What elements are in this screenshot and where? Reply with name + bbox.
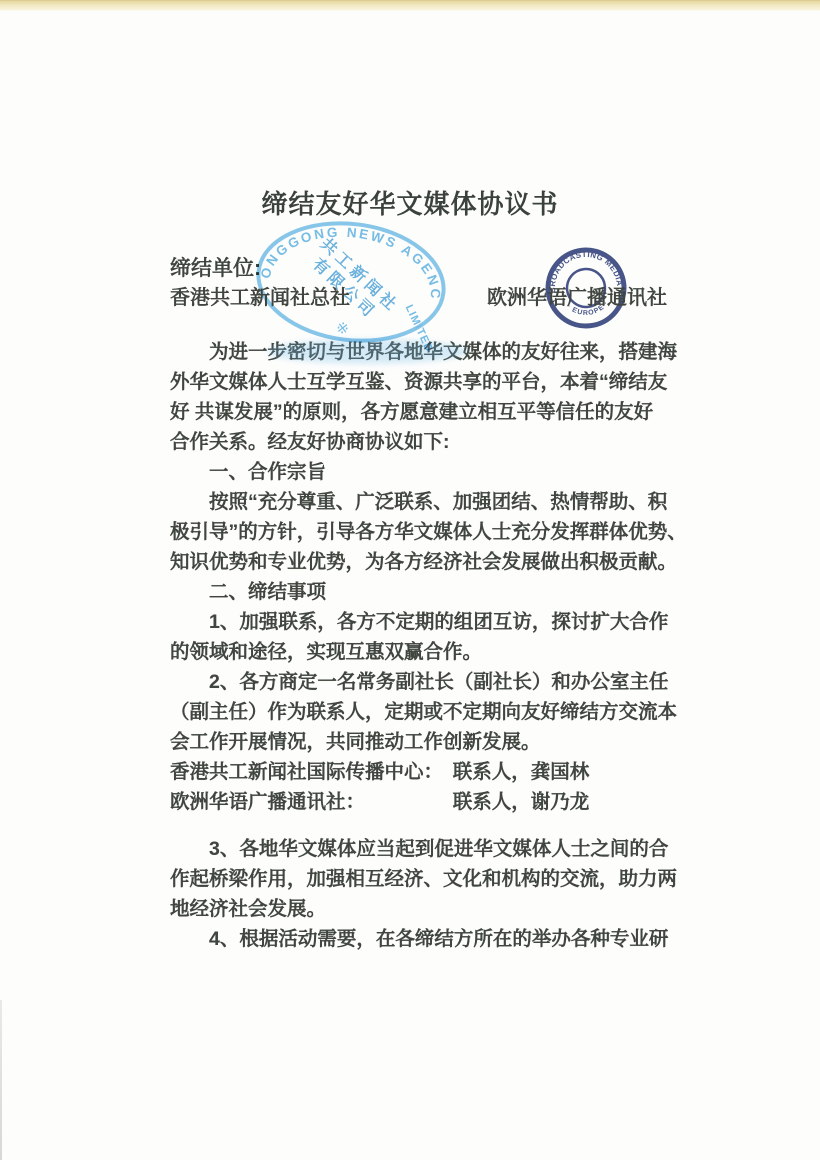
text-line: 知识优势和专业优势，为各方经济社会发展做出积极贡献。 [170,547,710,577]
text-line: 欧洲华语广播通讯社： 联系人，谢乃龙 [170,787,710,817]
text-line: 地经济社会发展。 [170,894,710,924]
scan-left-edge [0,1000,2,1160]
text-line: 4、根据活动需要，在各缔结方所在的举办各种专业研 [170,924,710,954]
text-line: 按照“充分尊重、广泛联系、加强团结、热情帮助、积 [170,487,710,517]
text-line: 会工作开展情况，共同推动工作创新发展。 [170,727,710,757]
scan-top-edge [0,0,820,11]
party-right-name: 欧洲华语广播通讯社 [487,281,667,310]
text-line: 作起桥梁作用，加强相互经济、文化和机构的交流，助力两 [170,864,710,894]
page-title: 缔结友好华文媒体协议书 [0,184,820,221]
text-line: 1、加强联系，各方不定期的组团互访，探讨扩大合作 [170,607,710,637]
text-line: 二、缔结事项 [170,577,710,607]
svg-text:LIMITED: LIMITED [403,303,435,354]
text-line: 一、合作宗旨 [170,457,710,487]
text-line: 合作关系。经友好协商协议如下: [170,427,710,457]
text-line: 香港共工新闻社国际传播中心： 联系人，龚国林 [170,757,710,787]
document-page: 缔结友好华文媒体协议书 缔结单位: GONGGONG NEWS AGENCY L… [0,0,820,1160]
parties-label: 缔结单位: [170,252,261,282]
agreement-body: 为进一步密切与世界各地华文媒体的友好往来，搭建海外华文媒体人士互学互鉴、资源共享… [170,337,710,954]
text-line: 3、各地华文媒体应当起到促进华文媒体人士之间的合 [170,834,710,864]
text-line: 好 共谋发展”的原则，各方愿意建立相互平等信任的友好 [170,397,710,427]
text-line: 2、各方商定一名常务副社长（副社长）和办公室主任 [170,667,710,697]
text-line: 极引导”的方针，引导各方华文媒体人士充分发挥群体优势、 [170,517,710,547]
svg-text:※: ※ [335,320,350,338]
party-left-name: 香港共工新闻社总社 [170,281,350,310]
text-line: 外华文媒体人士互学互鉴、资源共享的平台，本着“缔结友 [170,367,710,397]
text-line: 的领域和途径，实现互惠双赢合作。 [170,637,710,667]
text-line [170,817,710,834]
text-line: （副主任）作为联系人，定期或不定期向友好缔结方交流本 [170,697,710,727]
